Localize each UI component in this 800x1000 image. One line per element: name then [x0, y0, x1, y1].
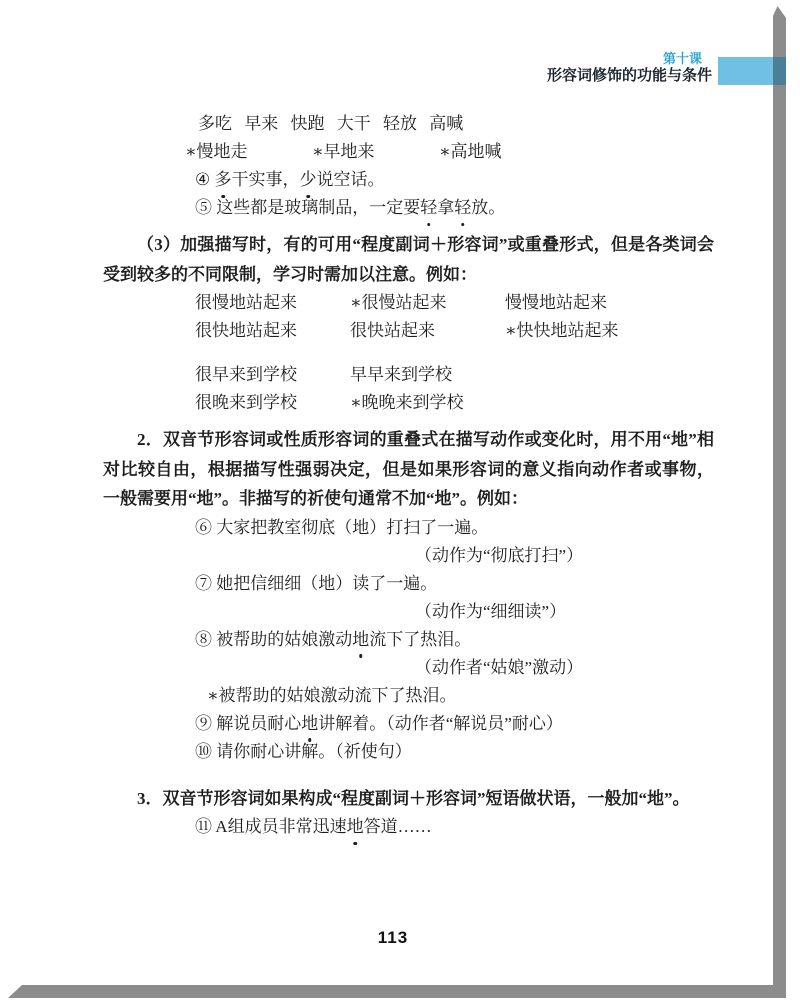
text-segment: 2．双音节形容词或性质形容词的重叠式在描写动作或变化时，用不用“地”相对比较自由…	[103, 430, 714, 508]
example-8: ⑧ 被帮助的姑娘激动地流下了热泪。	[103, 626, 714, 654]
emphasis-dot-char: 地	[352, 626, 369, 654]
paragraph-point-3: （3）加强描写时，有的可用“程度副词＋形容词”或重叠形式，但是各类词会受到较多的…	[103, 230, 714, 289]
text-segment: 干实事，	[232, 170, 300, 189]
example-8-ungrammatical: ∗被帮助的姑娘激动流下了热泪。	[103, 682, 714, 710]
column-item: ∗高地喊	[439, 138, 502, 166]
paragraph-section-3: 3．双音节形容词如果构成“程度副词＋形容词”短语做状语，一般加“地”。	[103, 784, 714, 814]
text-segment: ⑪ A组成员非常迅速	[195, 817, 347, 836]
content: 多吃 早来 快跑 大干 轻放 高喊∗慢地走∗早地来∗高地喊④ 多干实事，少说空话…	[103, 110, 714, 841]
text-segment: 答道……	[364, 817, 432, 836]
column-item: ∗快快地站起来	[505, 317, 619, 345]
text-segment: ⑨ 解说员耐心	[195, 714, 301, 733]
text-segment: 说空话。	[317, 170, 385, 189]
reduplication-row-slow: 很慢地站起来∗很慢站起来慢慢地站起来	[103, 289, 714, 317]
column-item: ∗很慢站起来	[350, 289, 505, 317]
example-8-note: （动作者“姑娘”激动）	[103, 654, 714, 682]
lesson-number-label: 第十课	[547, 51, 712, 66]
page-edge-shadow-bottom	[8, 985, 786, 998]
chapter-title: 形容词修饰的功能与条件	[547, 67, 712, 85]
emphasis-dot-char: 地	[301, 710, 318, 738]
column-item: 很晚来到学校	[195, 389, 350, 417]
chapter-tab-bar	[718, 57, 786, 85]
text-segment: 拿	[437, 198, 454, 217]
text-segment: （动作为“彻底打扫”）	[415, 546, 583, 565]
example-9: ⑨ 解说员耐心地讲解着。（动作者“解说员”耐心）	[103, 710, 714, 738]
text-segment: ⑦ 她把信细细（地）读了一遍。	[195, 574, 437, 593]
reduplication-row-early: 很早来到学校早早来到学校	[103, 361, 714, 389]
example-11: ⑪ A组成员非常迅速地答道……	[103, 813, 714, 841]
reduplication-row-fast: 很快地站起来很快站起来∗快快地站起来	[103, 317, 714, 345]
text-segment: （动作者“姑娘”激动）	[415, 658, 583, 677]
example-7: ⑦ 她把信细细（地）读了一遍。	[103, 570, 714, 598]
text-segment: ⑩ 请你耐心讲解。（祈使句）	[195, 742, 412, 761]
example-6-note: （动作为“彻底打扫”）	[103, 542, 714, 570]
example-5: ⑤ 这些都是玻璃制品，一定要轻拿轻放。	[103, 194, 714, 222]
emphasis-dot-char: 轻	[454, 194, 471, 222]
text-segment: 多吃 早来 快跑 大干 轻放 高喊	[198, 114, 463, 133]
text-segment: 放。	[471, 198, 505, 217]
column-item: ∗慢地走	[185, 138, 312, 166]
column-item: 慢慢地站起来	[505, 289, 607, 317]
text-segment: ④	[195, 170, 215, 189]
text-segment: ⑧ 被帮助的姑娘激动	[195, 630, 352, 649]
text-segment: （动作为“细细读”）	[415, 602, 566, 621]
text-segment: （3）加强描写时，有的可用“程度副词＋形容词”或重叠形式，但是各类词会受到较多的…	[103, 235, 714, 284]
column-item: 很慢地站起来	[195, 289, 350, 317]
example-6: ⑥ 大家把教室彻底（地）打扫了一遍。	[103, 514, 714, 542]
text-segment: ⑥ 大家把教室彻底（地）打扫了一遍。	[195, 518, 488, 537]
emphasis-dot-char: 多	[215, 166, 232, 194]
column-item: 很快地站起来	[195, 317, 350, 345]
text-segment: 流下了热泪。	[369, 630, 471, 649]
reduplication-row-late: 很晚来到学校∗晚晚来到学校	[103, 389, 714, 417]
text-segment: ⑤ 这些都是玻璃制品，一定要	[195, 198, 420, 217]
example-4: ④ 多干实事，少说空话。	[103, 166, 714, 194]
ungrammatical-de-row: ∗慢地走∗早地来∗高地喊	[103, 138, 714, 166]
emphasis-dot-char: 轻	[420, 194, 437, 222]
emphasis-dot-char: 少	[300, 166, 317, 194]
example-10: ⑩ 请你耐心讲解。（祈使句）	[103, 738, 714, 766]
text-segment: 讲解着。（动作者“解说员”耐心）	[318, 714, 563, 733]
page-edge-shadow-right	[773, 6, 786, 997]
column-item: 很早来到学校	[195, 361, 350, 389]
page-header: 第十课 形容词修饰的功能与条件	[547, 51, 712, 85]
column-item: 很快站起来	[350, 317, 505, 345]
text-segment: 3．双音节形容词如果构成“程度副词＋形容词”短语做状语，一般加“地”。	[137, 789, 690, 808]
emphasis-dot-char: 地	[347, 813, 364, 841]
column-item: ∗早地来	[312, 138, 439, 166]
column-item: ∗晚晚来到学校	[350, 389, 464, 417]
example-7-note: （动作为“细细读”）	[103, 598, 714, 626]
paragraph-section-2: 2．双音节形容词或性质形容词的重叠式在描写动作或变化时，用不用“地”相对比较自由…	[103, 425, 714, 514]
monosyllable-words-row: 多吃 早来 快跑 大干 轻放 高喊	[103, 110, 714, 138]
page-number: 113	[0, 928, 786, 948]
textbook-page: 第十课 形容词修饰的功能与条件 多吃 早来 快跑 大干 轻放 高喊∗慢地走∗早地…	[0, 0, 800, 1000]
column-item: 早早来到学校	[350, 361, 452, 389]
text-segment: ∗被帮助的姑娘激动流下了热泪。	[207, 686, 457, 705]
